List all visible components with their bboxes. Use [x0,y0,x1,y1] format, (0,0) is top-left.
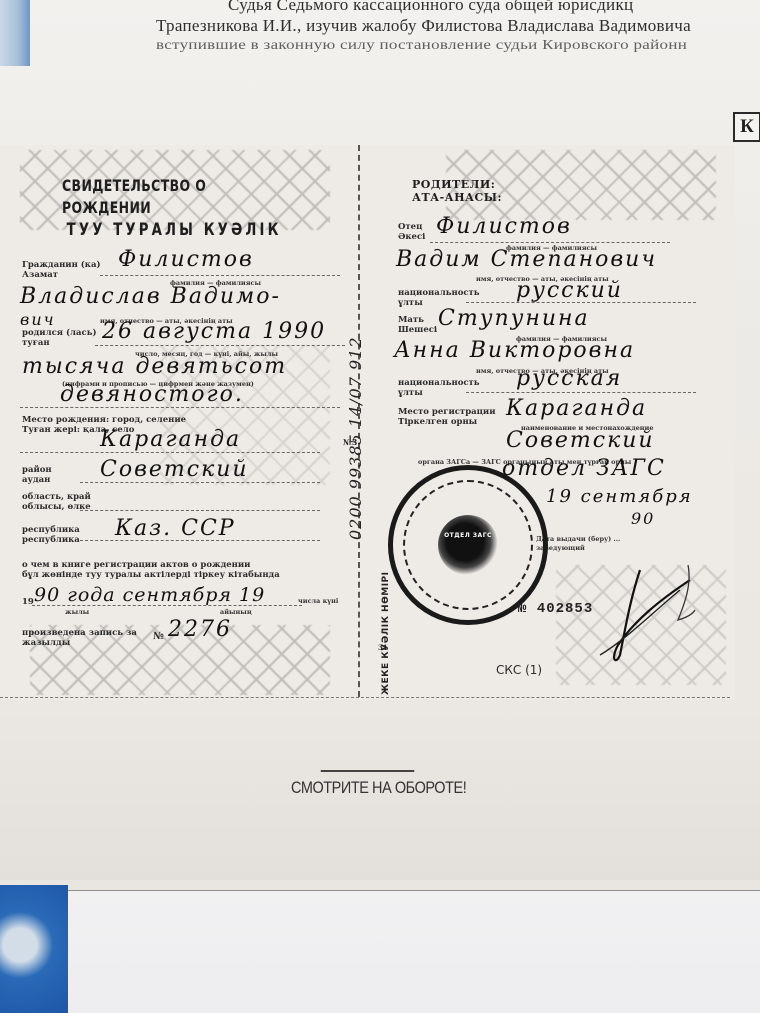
label-text: Мать [398,315,437,325]
field-line [466,392,696,393]
see-reverse-note: СМОТРИТЕ НА ОБОРОТЕ! [291,778,466,798]
caption-year: жылы [65,608,89,616]
certificate-left-page: СВИДЕТЕЛЬСТВО О РОЖДЕНИИ ТУУ ТУРАЛЫ КУӘЛ… [0,145,360,697]
label-text: Шешесі [398,325,437,335]
record-no-sign: № [153,632,164,642]
registration-district: Советский [506,429,655,453]
side-page-mark: №3 [343,437,357,447]
label-region: область, край облысы, өлке [22,492,91,512]
label-text: республика [22,535,80,545]
label-text: Место регистрации [398,407,496,417]
letter-line: Трапезникова И.И., изучив жалобу Филисто… [110,15,760,36]
letter-line: Судья Седьмого кассационного суда общей … [110,0,760,15]
parents-title: РОДИТЕЛИ: АТА-АНАСЫ: [412,178,502,204]
label-text: родился (лась) [22,328,96,338]
registration-city: Караганда [506,397,647,421]
field-line [20,452,320,453]
label-father: Отец Әкесі [398,222,425,242]
title-kz: ТУУ ТУРАЛЫ КУӘЛІК [62,219,293,241]
label-citizen: Гражданин (ка) Азамат [22,260,100,280]
seal-text: ОТДЕЛ ЗАГС [393,532,543,539]
birth-district: Советский [100,458,249,482]
birth-year-words: тысяча девятьсот [22,355,287,379]
registration-office: отдел ЗАГС [502,457,666,481]
seal-emblem-icon [438,515,498,575]
label-mother: Мать Шешесі [398,315,437,335]
letter-line: вступившие в законную силу постановление… [110,36,760,53]
background-object [0,0,30,66]
signature-icon [580,560,700,670]
birth-city: Караганда [100,428,241,452]
father-names: Вадим Степанович [396,248,657,272]
birth-republic: Каз. ССР [115,517,236,541]
label-republic: республика республика [22,525,80,545]
field-line [466,302,696,303]
label-text: произведена запись за [22,628,137,638]
label-record: произведена запись за жазылды [22,628,137,648]
mother-nationality: русская [516,367,622,391]
field-line [80,540,320,541]
caption-day: числа күні [298,597,338,605]
field-line [80,482,320,483]
label-text: ұлты [398,388,480,398]
background-object [0,885,68,1013]
serial-no-sign: № [518,601,527,617]
page-mark: К [733,112,760,142]
lower-page [68,890,760,1013]
father-nationality: русский [516,279,623,303]
field-line [80,510,320,511]
registration-date: 90 года сентября 19 [34,583,265,607]
registration-text: о чем в книге регистрации актов о рожден… [22,560,280,580]
label-district: район аудан [22,465,52,485]
label-text: туған [22,338,96,348]
mother-names: Анна Викторовна [394,339,635,363]
field-line [20,407,340,408]
label-born: родился (лась) туған [22,328,96,348]
label-text: область, край [22,492,91,502]
label-text: национальность [398,288,480,298]
title-ru: РОДИТЕЛИ: [412,178,502,191]
side-footer-no: 31 [378,643,388,653]
label-mother-nationality: национальность ұлты [398,378,480,398]
label-text: Азамат [22,270,100,280]
label-text: о чем в книге регистрации актов о рожден… [22,560,280,570]
issue-date: 19 сентября [546,485,693,509]
label-text: бұл жөнінде туу туралы актілерді тіркеу … [22,570,280,580]
label-father-nationality: национальность ұлты [398,288,480,308]
label-text: Гражданин (ка) [22,260,100,270]
mother-surname: Ступунина [438,307,590,331]
certificate-title: СВИДЕТЕЛЬСТВО О РОЖДЕНИИ ТУУ ТУРАЛЫ КУӘЛ… [62,175,293,241]
issue-year: 90 [631,507,655,531]
field-line [95,345,345,346]
label-text: район [22,465,52,475]
letter-header: Судья Седьмого кассационного суда общей … [110,0,760,57]
label-text: жазылды [22,638,137,648]
certificate-bottom-edge [0,697,730,698]
child-given-names: Владислав Вадимо- [20,285,281,309]
child-surname: Филистов [118,248,254,272]
label-text: Место рождения: город, селение [22,415,186,425]
field-line [430,242,670,243]
label-text: аудан [22,475,52,485]
birth-date: 26 августа 1990 [102,320,326,344]
field-line [100,275,340,276]
title-ru: СВИДЕТЕЛЬСТВО О РОЖДЕНИИ [62,175,293,219]
father-surname: Филистов [436,215,572,239]
label-text: Тіркелген орны [398,417,496,427]
label-text: Әкесі [398,232,425,242]
label-text: Отец [398,222,425,232]
title-kz: АТА-АНАСЫ: [412,191,502,204]
caption: Дата выдачи (беру) ... заведующий [536,535,646,553]
caption-month: айының [220,608,252,616]
birth-year-words-cont: девяностого. [60,383,244,407]
label-text: республика [22,525,80,535]
field-line [32,605,302,606]
label-registration-place: Место регистрации Тіркелген орны [398,407,496,427]
record-number: 2276 [168,618,232,642]
label-text: национальность [398,378,480,388]
stamp-note: СКС (1) [496,665,542,675]
vertical-label: ЖЕКЕ КУӘЛІК НӨМІРІ [381,572,391,696]
